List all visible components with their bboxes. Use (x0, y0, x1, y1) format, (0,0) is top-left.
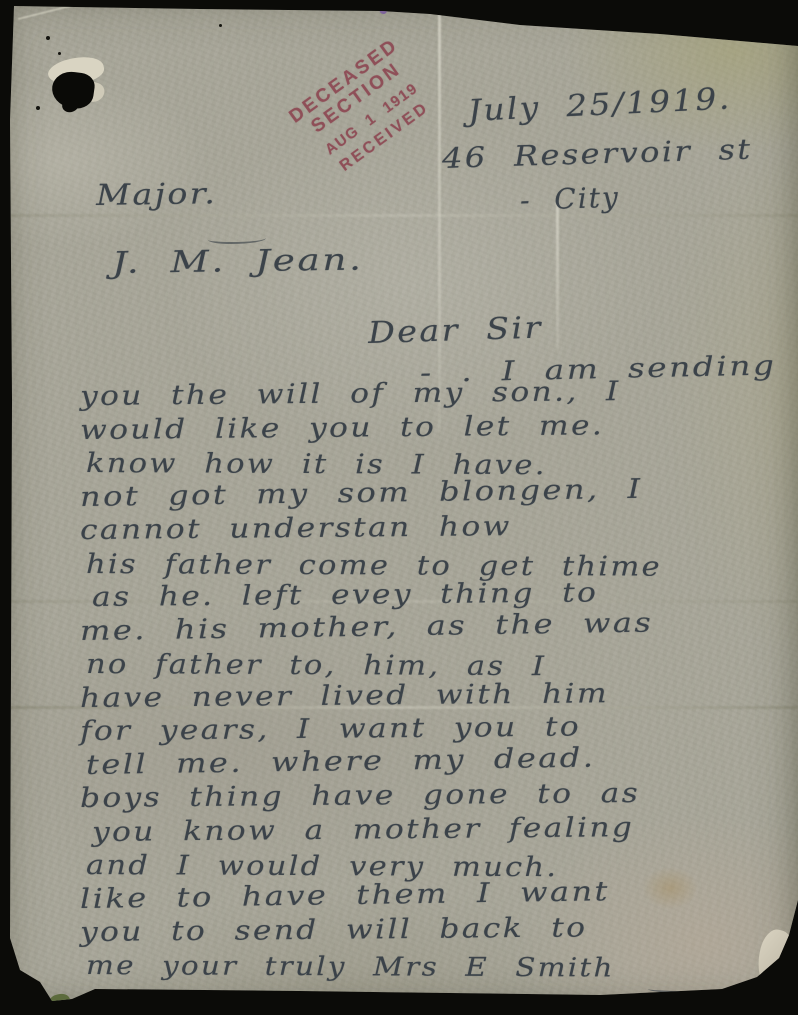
handwriting-line: you the will of my son., I (80, 373, 798, 414)
salutation: Dear Sir (367, 311, 543, 351)
handwriting-line: you to send will back to (80, 909, 798, 950)
signature-flourish (648, 984, 730, 993)
ink-speck (46, 36, 50, 40)
handwriting-line: cannot understan how (80, 507, 798, 548)
ink-speck (36, 106, 40, 110)
underline-flourish (208, 234, 266, 244)
paper-sliver (48, 991, 71, 1010)
recipient-title: Major. (96, 176, 218, 212)
scanned-letter: DECEASED SECTION AUG 1 1919 RECEIVED Jul… (0, 0, 798, 1015)
handwriting-line: boys thing have gone to as (80, 775, 798, 816)
handwriting-line: you know a mother fealing (92, 808, 798, 849)
letter-body: you the will of my son., Iwould like you… (80, 380, 790, 983)
recipient-name: J. M. Jean. (112, 242, 364, 281)
diagonal-crease (18, 0, 203, 20)
signature: me your truly Mrs E Smith (86, 950, 798, 987)
ink-speck (58, 52, 61, 55)
letter-date: July 25/1919. (467, 81, 732, 128)
curled-corner (768, 970, 793, 994)
vertical-crease (556, 200, 559, 350)
handwriting-line: would like you to let me. (80, 406, 798, 447)
horizontal-fold-crease (8, 214, 798, 217)
letter-address: 46 Reservoir st (441, 133, 753, 175)
letter-city: - City (519, 181, 620, 217)
letter-paper: DECEASED SECTION AUG 1 1919 RECEIVED Jul… (0, 0, 798, 1015)
purple-speck (379, 4, 387, 14)
ink-speck (219, 24, 222, 27)
